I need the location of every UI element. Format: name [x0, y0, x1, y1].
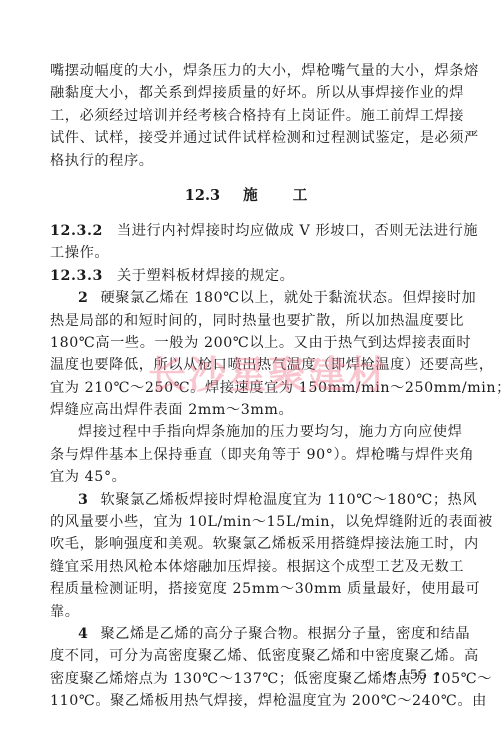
text-line: 格执行的程序。: [50, 150, 442, 172]
page-number: • 155 •: [387, 668, 442, 683]
text-line: 工，必须经过培训并经考核合格持有上岗证件。施工前焊工焊接: [50, 105, 442, 127]
text-line: 靠。: [50, 601, 442, 623]
item-2-line: 2硬聚氯乙烯在 180℃以上，就处于黏流状态。但焊接时加: [50, 287, 442, 309]
text-line: 工操作。: [50, 242, 442, 264]
text-line: 温度也要降低，所以从枪口喷出热气温度（即焊枪温度）还要高些，: [50, 354, 442, 376]
item-number: 4: [78, 626, 88, 642]
text-line: 焊接过程中手指向焊条施加的压力要均匀，施力方向应使焊: [50, 421, 442, 443]
text-line: 试件、试样，接受并通过试件试样检测和过程测试鉴定，是必须严: [50, 127, 442, 149]
text-line: 的风量要小些，宜为 10L/min～15L/min，以免焊缝附近的表面被: [50, 511, 442, 533]
item-text: 软聚氯乙烯板焊接时焊枪温度宜为 110℃～180℃；热风: [100, 492, 477, 508]
text-line: 度不同，可分为高密度聚乙烯、低密度聚乙烯和中密度聚乙烯。高: [50, 645, 442, 667]
item-text: 硬聚氯乙烯在 180℃以上，就处于黏流状态。但焊接时加: [100, 290, 476, 306]
text-line: 密度聚乙烯熔点为 130℃～137℃；低密度聚乙烯熔点为 105℃～: [50, 668, 442, 690]
text-line: 程质量检测证明，搭接宽度 25mm～30mm 质量最好，使用最可: [50, 578, 442, 600]
section-title-1: 施: [243, 187, 258, 204]
item-number: 3: [78, 492, 88, 508]
clause-number: 12.3.2: [50, 223, 103, 239]
item-4-line: 4聚乙烯是乙烯的高分子聚合物。根据分子量，密度和结晶: [50, 623, 442, 645]
text-line: 宜为 210℃～250℃。焊接速度宜为 150mm/min～250mm/min；: [50, 377, 442, 399]
text-line: 180℃高一些。一般为 200℃以上。又由于热气到达焊接表面时: [50, 332, 442, 354]
clause-1233-line: 12.3.3关于塑料板材焊接的规定。: [50, 265, 442, 287]
text-line: 嘴摆动幅度的大小，焊条压力的大小，焊枪嘴气量的大小，焊条熔: [50, 60, 442, 82]
clause-text: 当进行内衬焊接时均应做成 V 形坡口，否则无法进行施: [117, 223, 478, 239]
section-heading: 12.3 施 工: [50, 185, 442, 207]
item-text: 聚乙烯是乙烯的高分子聚合物。根据分子量，密度和结晶: [100, 626, 470, 642]
section-title-2: 工: [293, 187, 308, 204]
item-number: 2: [78, 290, 88, 306]
text-line: 焊缝应高出焊件表面 2mm～3mm。: [50, 399, 442, 421]
section-number: 12.3: [185, 187, 220, 204]
text-line: 110℃。聚乙烯板用热气焊接，焊枪温度宜为 200℃～240℃。由: [50, 690, 442, 712]
clause-number: 12.3.3: [50, 268, 103, 284]
text-line: 缝宜采用热风枪本体熔融加压焊接。根据这个成型工艺及无数工: [50, 556, 442, 578]
text-line: 融黏度大小，都关系到焊接质量的好坏。所以从事焊接作业的焊: [50, 82, 442, 104]
text-line: 宜为 45°。: [50, 466, 442, 488]
clause-1232-line: 12.3.2当进行内衬焊接时均应做成 V 形坡口，否则无法进行施: [50, 220, 442, 242]
item-3-line: 3软聚氯乙烯板焊接时焊枪温度宜为 110℃～180℃；热风: [50, 489, 442, 511]
clause-text: 关于塑料板材焊接的规定。: [117, 268, 294, 284]
text-line: 热是局部的和短时间的，同时热量也要扩散，所以加热温度要比: [50, 310, 442, 332]
text-line: 条与焊件基本上保持垂直（即夹角等于 90°）。焊枪嘴与焊件夹角: [50, 444, 442, 466]
document-page: 嘴摆动幅度的大小，焊条压力的大小，焊枪嘴气量的大小，焊条熔 融黏度大小，都关系到…: [50, 60, 442, 713]
text-line: 吹毛，影响强度和美观。软聚氯乙烯板采用搭缝焊接法施工时，内: [50, 533, 442, 555]
